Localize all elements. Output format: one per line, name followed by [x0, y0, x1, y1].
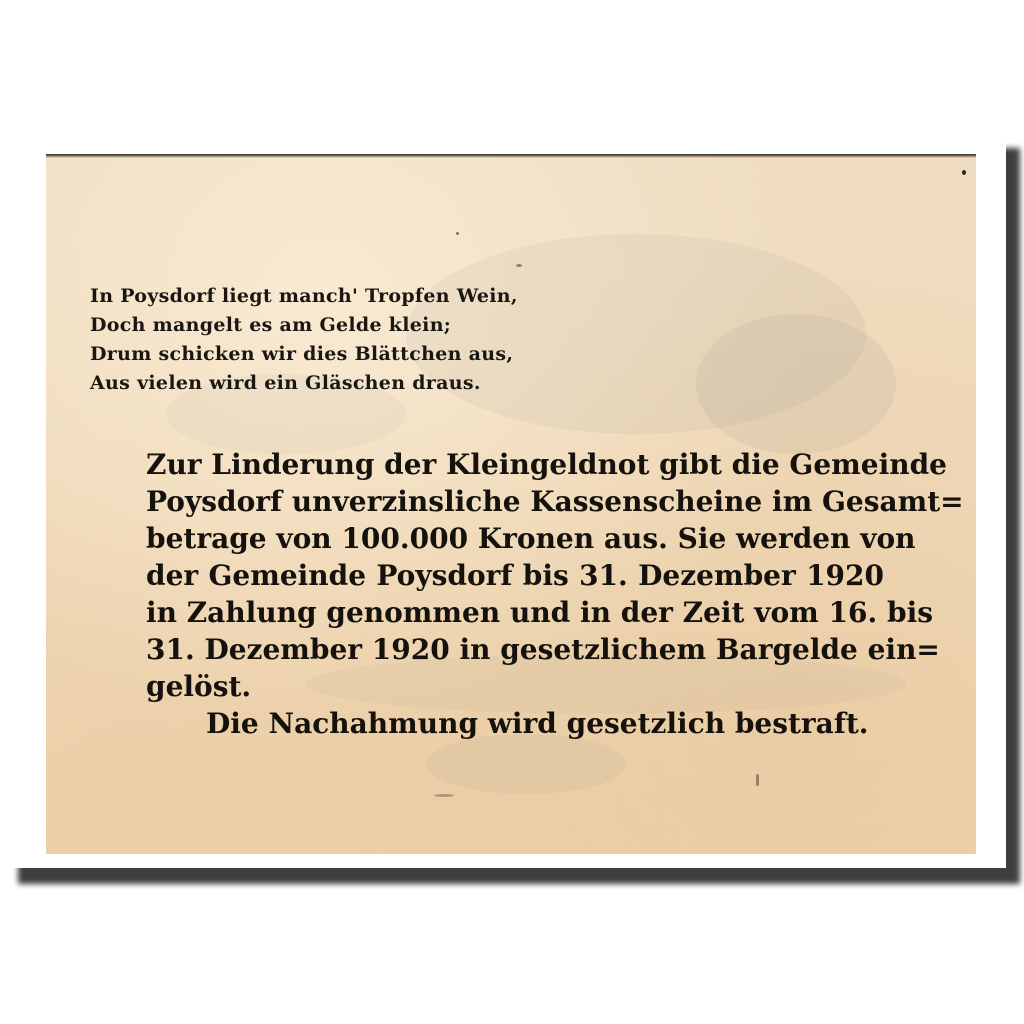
- worn-top-edge: [46, 154, 976, 158]
- notice-line: in Zahlung genommen und in der Zeit vom …: [146, 594, 884, 631]
- notice-line: der Gemeinde Poysdorf bis 31. Dezember 1…: [146, 557, 884, 594]
- notice-line: 31. Dezember 1920 in gesetzlichem Bargel…: [146, 631, 884, 668]
- notice-line: gelöst.: [146, 668, 884, 705]
- ink-speck: [456, 232, 459, 235]
- issuance-notice: Zur Linderung der Kleingeldnot gibt die …: [146, 446, 884, 742]
- notice-line: Zur Linderung der Kleingeldnot gibt die …: [146, 446, 884, 483]
- banknote: In Poysdorf liegt manch' Tropfen Wein, D…: [46, 154, 976, 854]
- poem-line: In Poysdorf liegt manch' Tropfen Wein,: [90, 282, 518, 311]
- poem-line: Drum schicken wir dies Blättchen aus,: [90, 340, 518, 369]
- poem-line: Doch mangelt es am Gelde klein;: [90, 311, 518, 340]
- ink-speck: [756, 774, 759, 786]
- poem-verse: In Poysdorf liegt manch' Tropfen Wein, D…: [90, 282, 518, 398]
- poem-line: Aus vielen wird ein Gläschen draus.: [90, 369, 518, 398]
- counterfeit-warning: Die Nachahmung wird gesetzlich bestraft.: [146, 705, 884, 742]
- show-through-mark: [426, 734, 626, 794]
- ink-speck: [434, 794, 454, 797]
- scan-stage: In Poysdorf liegt manch' Tropfen Wein, D…: [0, 0, 1024, 1024]
- ink-speck: [962, 170, 966, 175]
- notice-line: betrage von 100.000 Kronen aus. Sie werd…: [146, 520, 884, 557]
- ink-speck: [516, 264, 522, 267]
- notice-line: Poysdorf unverzinsliche Kassenscheine im…: [146, 483, 884, 520]
- show-through-mark: [696, 314, 896, 454]
